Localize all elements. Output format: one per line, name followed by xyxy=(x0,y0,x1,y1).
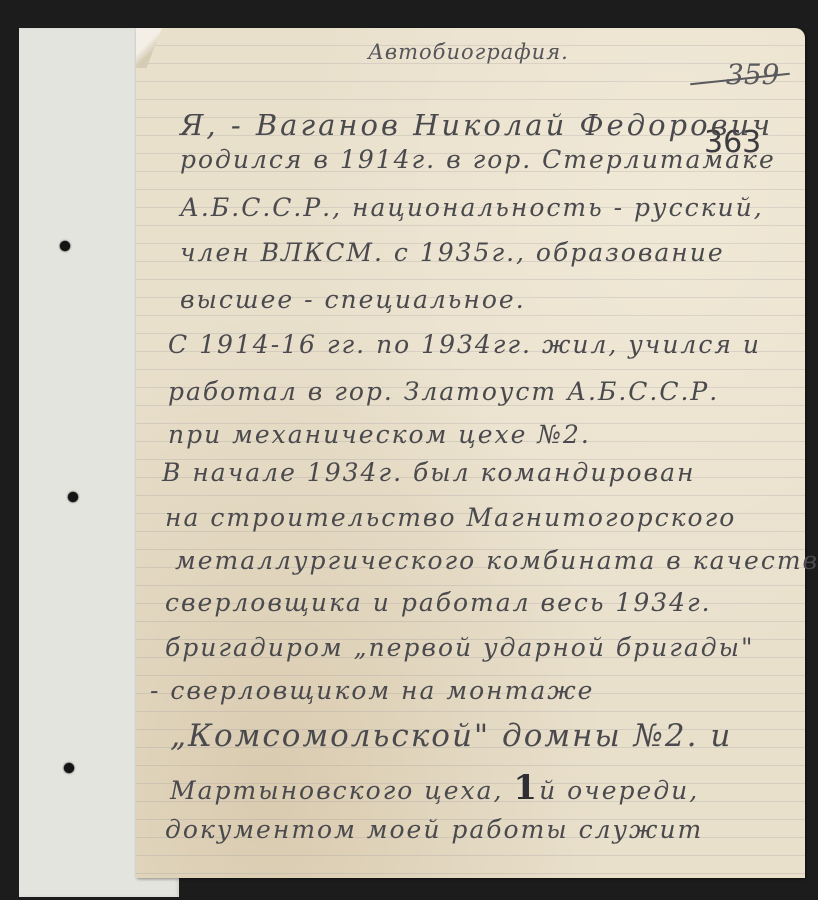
text-line: родился в 1914г. в гор. Стерлитамаке xyxy=(180,145,776,174)
text-line: „Комсомольской" домны №2. и xyxy=(170,718,732,754)
text-line: - сверловщиком на монтаже xyxy=(150,676,594,705)
text-line: член ВЛКСМ. с 1935г., образование xyxy=(180,238,725,267)
text-line-start: Мартыновского цеха, xyxy=(170,776,513,805)
text-line: на строительство Магнитогорского xyxy=(165,503,736,532)
text-line: работал в гор. Златоуст А.Б.С.С.Р. xyxy=(168,377,719,406)
emphasized-numeral: 1 xyxy=(513,768,539,808)
text-line: сверловщика и работал весь 1934г. xyxy=(165,588,712,617)
text-line: А.Б.С.С.Р., национальность - русский, xyxy=(180,193,764,222)
text-line: бригадиром „первой ударной бригады" xyxy=(165,633,755,662)
text-line: В начале 1934г. был командирован xyxy=(162,458,695,487)
punch-hole-bottom xyxy=(62,760,76,776)
text-line: металлургического комбината в качестве xyxy=(175,546,818,575)
punch-hole-middle xyxy=(66,489,80,505)
text-line: С 1914-16 гг. по 1934гг. жил, учился и xyxy=(168,330,761,359)
text-line: документом моей работы служит xyxy=(165,815,703,844)
text-line: при механическом цехе №2. xyxy=(168,420,591,449)
document-title: Автобиография. xyxy=(368,40,569,64)
text-line: высшее - специальное. xyxy=(180,285,526,314)
punch-hole-top xyxy=(58,238,72,254)
text-line: Я, - Ваганов Николай Федорович xyxy=(180,108,773,142)
text-line: Мартыновского цеха, 1й очереди, xyxy=(170,768,699,808)
text-line-end: й очереди, xyxy=(539,776,699,805)
